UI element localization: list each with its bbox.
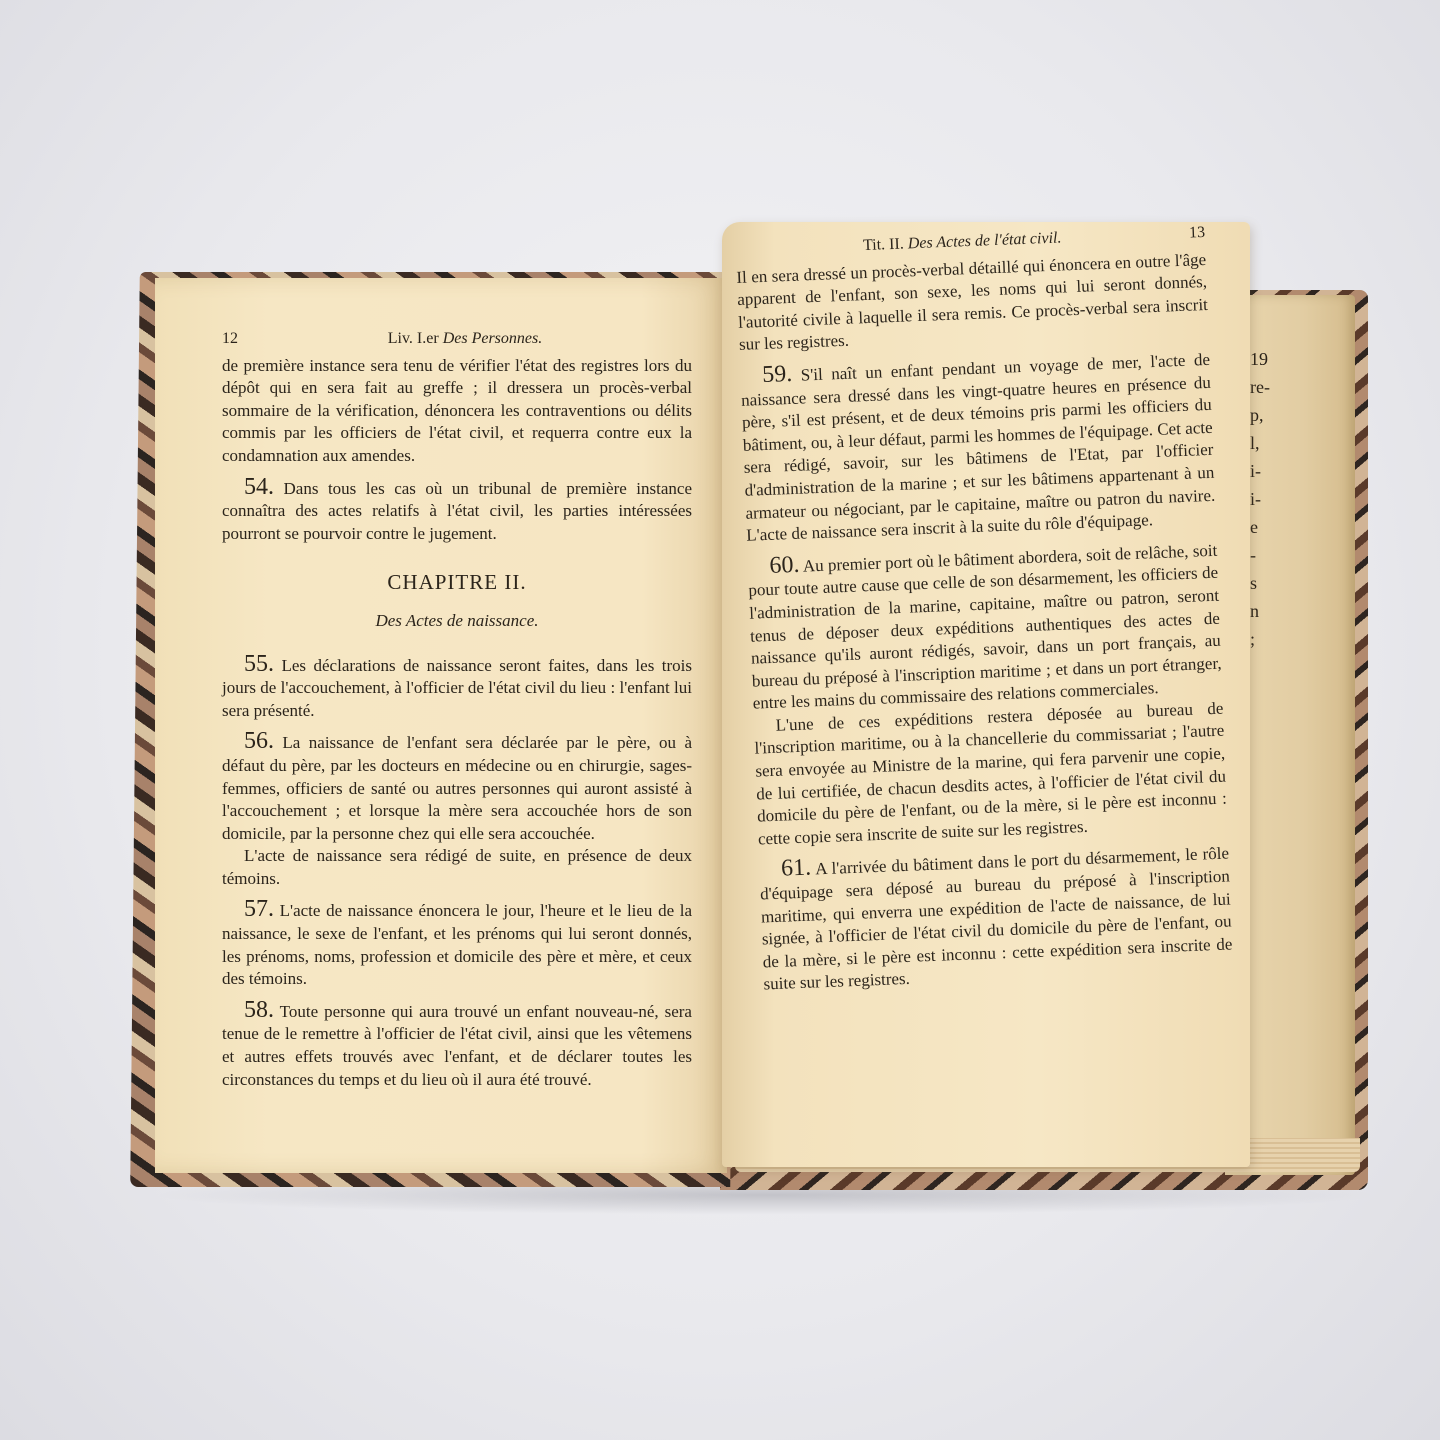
text-fragment: re- [1250, 373, 1280, 401]
text-fragment: - [1250, 541, 1280, 569]
article: 56. La naissance de l'enfant sera déclar… [222, 730, 692, 845]
article: 57. L'acte de naissance énoncera le jour… [222, 898, 692, 990]
text-fragment: p, [1250, 401, 1280, 429]
text-fragment: n [1250, 597, 1280, 625]
paragraph: de première instance sera tenu de vérifi… [222, 355, 692, 468]
text-fragment: i- [1250, 457, 1280, 485]
text-fragment: e [1250, 513, 1280, 541]
article: 54. Dans tous les cas où un tribunal de … [222, 476, 692, 546]
text-fragment: s [1250, 569, 1280, 597]
text-fragment: l, [1250, 429, 1280, 457]
paragraph: L'acte de naissance sera rédigé de suite… [222, 845, 692, 890]
article: 60. Au premier port où le bâtiment abord… [747, 537, 1223, 715]
page-number: 12 [222, 328, 238, 351]
article: 58. Toute personne qui aura trouvé un en… [222, 999, 692, 1091]
left-page-text: 12 Liv. I.er Des Personnes. de première … [222, 328, 692, 1099]
right-page-text: Tit. II. Des Actes de l'état civil. 13 I… [735, 222, 1234, 1004]
article: 59. S'il naît un enfant pendant un voyag… [740, 347, 1217, 548]
running-title: Liv. I.er Des Personnes. [238, 328, 692, 351]
article: 61. A l'arrivée du bâtiment dans le port… [759, 841, 1234, 997]
paragraph: Il en sera dressé un procès-verbal détai… [736, 249, 1209, 357]
text-fragment: i- [1250, 485, 1280, 513]
article: 55. Les déclarations de naissance seront… [222, 653, 692, 723]
text-fragment: ; [1250, 625, 1280, 653]
page-number: 13 [1189, 222, 1206, 245]
chapter-heading: CHAPITRE II. [222, 571, 692, 594]
chapter-title: Des Actes de naissance. [222, 610, 692, 633]
text-fragment: 19 [1250, 345, 1280, 373]
running-head: 12 Liv. I.er Des Personnes. [222, 328, 692, 351]
underlying-page-text: 19 re- p, l, i- i- e - s n ; [1250, 345, 1280, 653]
paragraph: L'une de ces expéditions restera déposée… [753, 697, 1228, 851]
